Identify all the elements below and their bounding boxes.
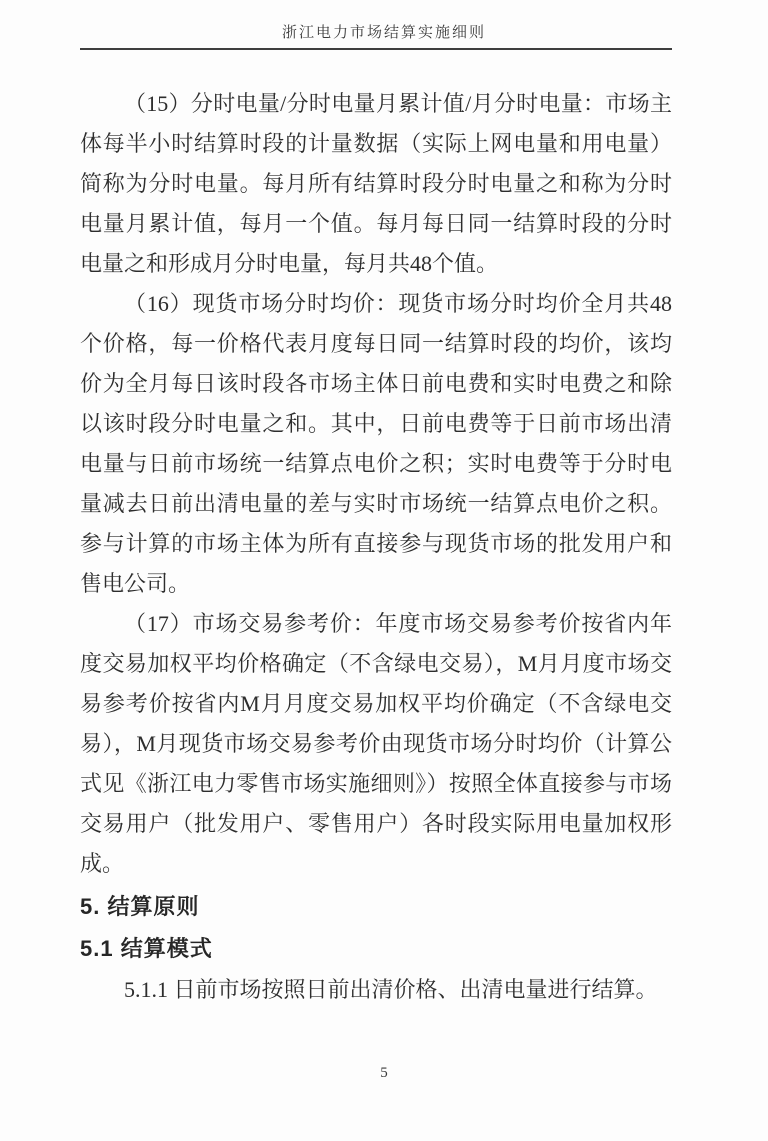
document-page: 浙江电力市场结算实施细则 （15）分时电量/分时电量月累计值/月分时电量：市场主… (0, 0, 768, 1141)
header-rule (80, 48, 672, 50)
section-heading-5: 5. 结算原则 (80, 886, 672, 928)
paragraph-item-15: （15）分时电量/分时电量月累计值/月分时电量：市场主体每半小时结算时段的计量数… (80, 84, 672, 284)
paragraph-5-1-1: 5.1.1 日前市场按照日前出清价格、出清电量进行结算。 (80, 970, 672, 1010)
paragraph-item-17: （17）市场交易参考价：年度市场交易参考价按省内年度交易加权平均价格确定（不含绿… (80, 604, 672, 884)
document-body: （15）分时电量/分时电量月累计值/月分时电量：市场主体每半小时结算时段的计量数… (80, 84, 672, 1010)
paragraph-item-16: （16）现货市场分时均价：现货市场分时均价全月共48个价格，每一价格代表月度每日… (80, 284, 672, 604)
header-title: 浙江电力市场结算实施细则 (0, 21, 768, 42)
subsection-heading-5-1: 5.1 结算模式 (80, 928, 672, 970)
page-number: 5 (380, 1065, 388, 1081)
page-footer: 5 (0, 1064, 768, 1082)
